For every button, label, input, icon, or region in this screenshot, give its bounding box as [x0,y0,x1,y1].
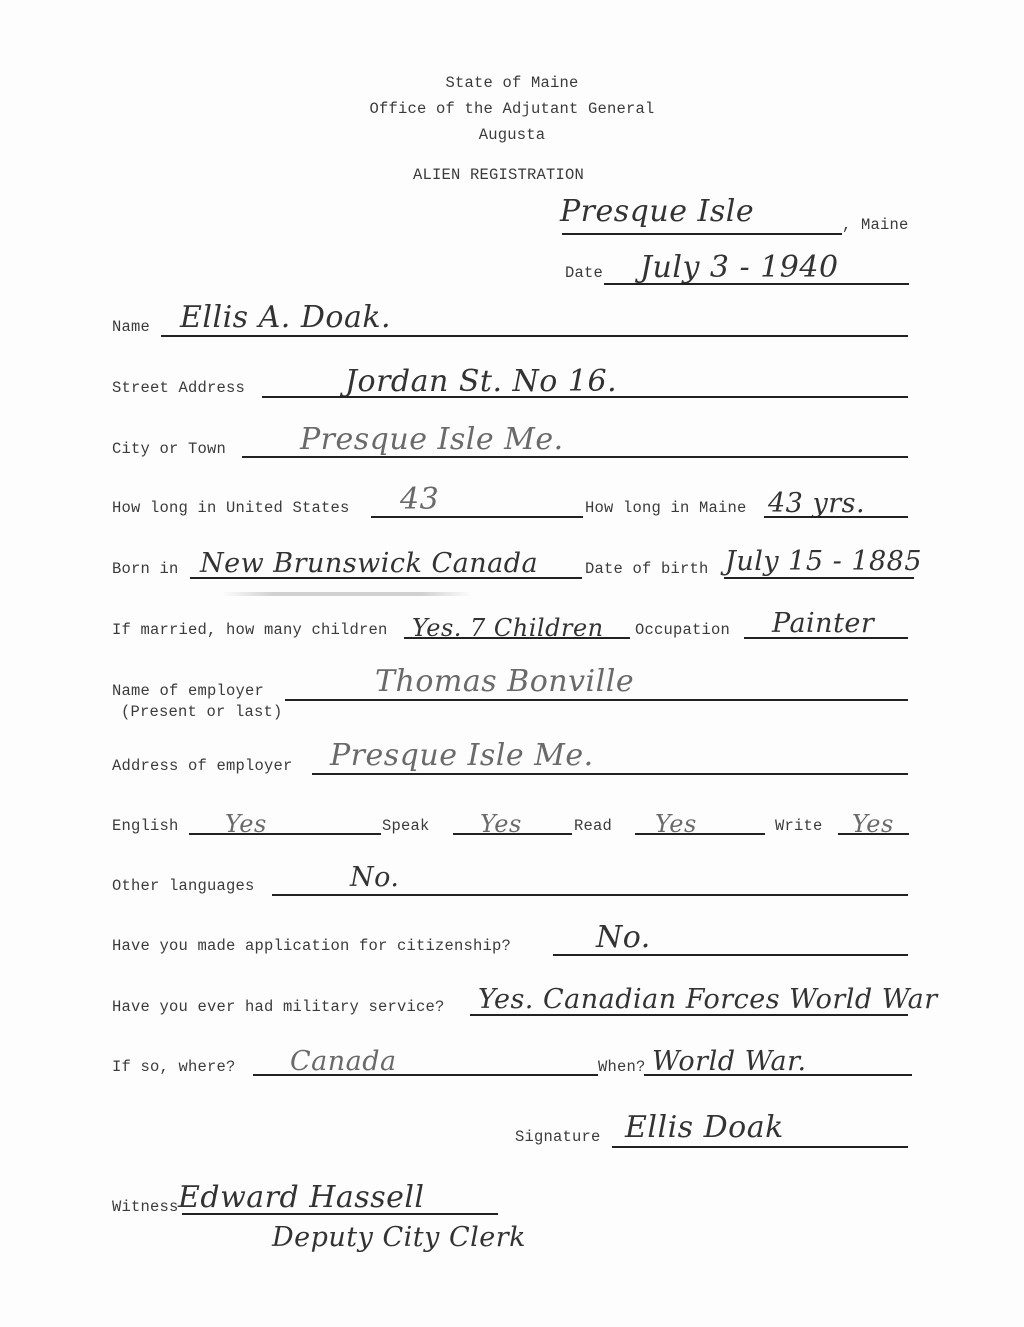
read-value: Yes [655,808,697,840]
write-line [838,833,909,835]
children-line [404,637,630,639]
speak-value: Yes [480,808,522,840]
years-us-line [371,516,583,518]
employer-label: Name of employer [112,682,264,700]
military-value: Yes. Canadian Forces World War [478,984,938,1016]
employer-address-value: Presque Isle Me. [330,740,594,772]
military-line [470,1014,908,1016]
date-value: July 3 - 1940 [640,252,839,284]
signature-label: Signature [515,1128,601,1146]
registration-form: State of Maine Office of the Adjutant Ge… [0,0,1024,1327]
dob-line [724,577,914,579]
where-label: If so, where? [112,1058,236,1076]
citizenship-value: No. [596,922,651,954]
speak-line [453,833,572,835]
english-label: English [112,817,179,835]
other-languages-line [272,894,908,896]
street-line [262,396,908,398]
signature-line [612,1146,908,1148]
signature-value: Ellis Doak [625,1112,784,1144]
when-label: When? [598,1058,646,1076]
name-label: Name [112,318,150,336]
citizenship-label: Have you made application for citizenshi… [112,937,511,955]
children-label: If married, how many children [112,621,388,639]
employer-line [285,699,908,701]
dob-value: July 15 - 1885 [725,546,922,578]
occupation-line [744,637,908,639]
other-languages-label: Other languages [112,877,255,895]
other-languages-value: No. [350,862,400,894]
children-value: Yes. 7 Children [412,612,604,644]
smudge-mark [222,592,472,596]
date-label: Date [565,264,603,282]
military-label: Have you ever had military service? [112,998,445,1016]
location-line [562,233,842,235]
years-us-value: 43 [400,484,439,516]
speak-label: Speak [382,817,430,835]
form-title: ALIEN REGISTRATION [413,166,584,184]
location-value: Presque Isle [560,196,754,228]
witness-title: Deputy City Clerk [272,1222,526,1254]
years-maine-label: How long in Maine [585,499,747,517]
write-value: Yes [852,808,894,840]
read-line [635,833,765,835]
employer-address-line [312,773,908,775]
occupation-value: Painter [772,608,874,640]
when-line [644,1074,912,1076]
location-suffix: , Maine [842,216,909,234]
write-label: Write [775,817,823,835]
city-line [242,456,908,458]
header-office: Office of the Adjutant General [352,100,672,118]
street-value: Jordan St. No 16. [345,366,617,398]
name-value: Ellis A. Doak. [180,302,391,334]
header-state: State of Maine [362,74,662,92]
witness-label: Witness [112,1198,179,1216]
date-line [604,283,909,285]
years-us-label: How long in United States [112,499,350,517]
years-maine-line [764,516,908,518]
occupation-label: Occupation [635,621,730,639]
witness-line [182,1213,498,1215]
where-line [253,1074,598,1076]
born-in-value: New Brunswick Canada [200,548,538,580]
born-in-label: Born in [112,560,179,578]
employer-sublabel: (Present or last) [121,703,283,721]
street-label: Street Address [112,379,245,397]
name-line [161,335,908,337]
witness-value: Edward Hassell [178,1182,425,1214]
dob-label: Date of birth [585,560,709,578]
city-value: Presque Isle Me. [300,424,564,456]
city-label: City or Town [112,440,226,458]
english-value: Yes [225,808,267,840]
born-in-line [190,577,582,579]
employer-value: Thomas Bonville [375,666,634,698]
citizenship-line [553,954,908,956]
english-line [189,833,381,835]
read-label: Read [574,817,612,835]
employer-address-label: Address of employer [112,757,293,775]
header-city: Augusta [362,126,662,144]
